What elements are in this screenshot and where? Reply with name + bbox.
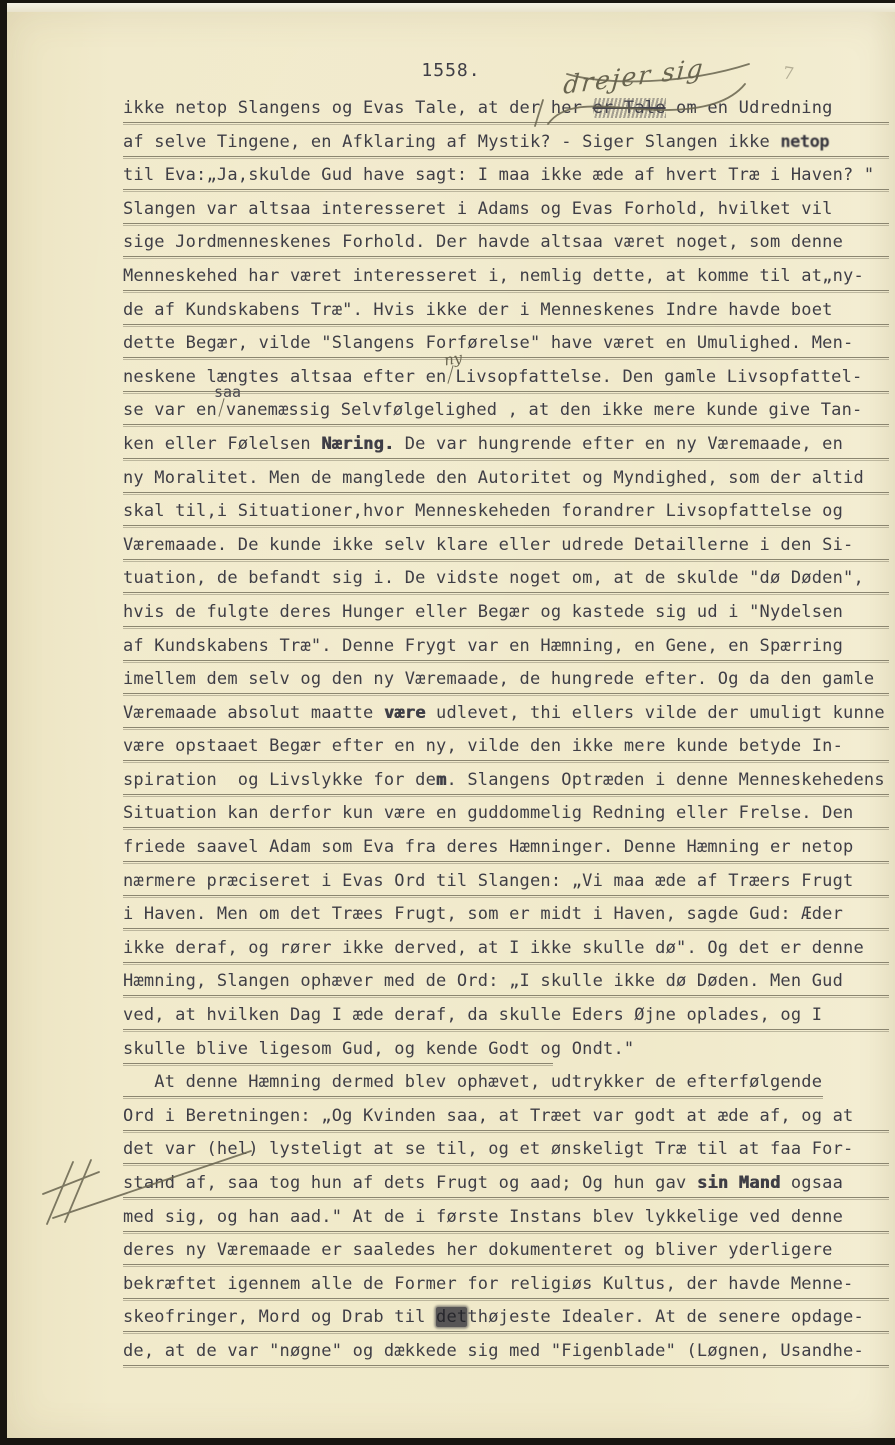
text-line-content: bekræftet igennem alle de Former for rel… [123, 1274, 853, 1294]
text-segment: stand af, saa tog hun af dets Frugt og a… [123, 1173, 697, 1193]
text-segment: i Haven. Men om det Træes Frugt, som er … [123, 904, 843, 924]
text-segment: neskene længtes altsaa efter en [123, 367, 446, 387]
text-line-content: spiration og Livslykke for dem. Slangens… [123, 770, 885, 790]
text-line: ken eller Følelsen Næring. De var hungre… [123, 432, 893, 466]
text-line: af selve Tingene, en Afklaring af Mystik… [123, 130, 893, 164]
text-line-content: Væremaade absolut maatte være udlevet, t… [123, 703, 885, 723]
text-segment: At denne Hæmning dermed blev ophævet, ud… [123, 1072, 822, 1092]
text-segment: De var hungrende efter en ny Væremaade, … [394, 434, 843, 454]
text-line-content: skulle blive ligesom Gud, og kende Godt … [123, 1039, 634, 1059]
text-line-content: Menneskehed har været interesseret i, ne… [123, 266, 864, 286]
text-line: friede saavel Adam som Eva fra deres Hæm… [123, 835, 893, 869]
text-segment: Væremaade absolut maatte [123, 703, 384, 723]
text-line: spiration og Livslykke for dem. Slangens… [123, 768, 893, 802]
text-line: sige Jordmenneskenes Forhold. Der havde … [123, 230, 893, 264]
typed-underline-rule [123, 727, 889, 731]
typed-underline-rule [123, 189, 889, 193]
text-line-content: være opstaaet Begær efter en ny, vilde d… [123, 736, 843, 756]
text-segment: Ord i Beretningen: „Og Kvinden saa, at T… [123, 1106, 853, 1126]
text-segment: af selve Tingene, en Afklaring af Mystik… [123, 132, 780, 152]
text-segment: Menneskehed har været interesseret i, ne… [123, 266, 864, 286]
text-line: At denne Hæmning dermed blev ophævet, ud… [123, 1070, 893, 1104]
text-segment: hvis de fulgte deres Hunger eller Begær … [123, 602, 843, 622]
typed-underline-rule [123, 1231, 889, 1235]
text-line: Væremaade absolut maatte være udlevet, t… [123, 701, 893, 735]
text-segment: deres ny Væremaade er saaledes her dokum… [123, 1240, 833, 1260]
text-segment: skeofringer, Mord og Drab til [123, 1307, 436, 1327]
text-line: ikke netop Slangens og Evas Tale, at der… [123, 96, 893, 130]
typed-underline-rule [123, 256, 889, 260]
text-segment: . Slangens Optræden i denne Menneskehede… [446, 770, 884, 790]
text-segment: se var en [123, 400, 217, 420]
text-line-content: med sig, og han aad." At de i første Ins… [123, 1207, 843, 1227]
text-line: skal til,i Situationer,hvor Menneskehede… [123, 499, 893, 533]
typed-underline-rule [123, 458, 889, 462]
text-segment: ikke netop Slangens og Evas Tale, at der… [123, 98, 593, 118]
text-segment: af Kundskabens Træ". Denne Frygt var en … [123, 636, 843, 656]
typewritten-page: 1558. ikke netop Slangens og Evas Tale, … [7, 12, 895, 1438]
text-line-content: til Eva:„Ja,skulde Gud have sagt: I maa … [123, 165, 874, 185]
typed-underline-rule [123, 794, 889, 798]
text-line-content: det var (hel) lysteligt at se til, og et… [123, 1139, 853, 1159]
text-segment: de af Kundskabens Træ". Hvis ikke der i … [123, 300, 833, 320]
text-line: Situation kan derfor kun være en guddomm… [123, 801, 893, 835]
text-segment: med sig, og han aad." At de i første Ins… [123, 1207, 843, 1227]
text-line: af Kundskabens Træ". Denne Frygt var en … [123, 634, 893, 668]
text-segment: thøjeste Idealer. At de senere opdage- [467, 1307, 864, 1327]
text-segment: Livsopfattelse. Den gamle Livsopfattel- [455, 367, 862, 387]
text-segment-ot: Næring. [321, 434, 394, 454]
text-line: det var (hel) lysteligt at se til, og et… [123, 1137, 893, 1171]
typed-underline-rule [123, 592, 889, 596]
typed-underline-rule [123, 895, 889, 899]
typed-underline-rule [123, 861, 889, 865]
typed-underline-rule [123, 928, 889, 932]
text-segment-smudge: netop [780, 132, 829, 152]
typed-underline-rule [123, 827, 889, 831]
typed-underline-rule [123, 1365, 889, 1369]
typed-underline-rule [123, 290, 889, 294]
insertion-caret-mark [217, 401, 226, 415]
typed-underline-rule [123, 357, 889, 361]
text-segment: Væremaade. De kunde ikke selv klare elle… [123, 535, 853, 555]
text-line-content: ikke netop Slangens og Evas Tale, at der… [123, 98, 833, 118]
typed-underline-rule [123, 626, 889, 630]
text-line: imellem dem selv og den ny Væremaade, de… [123, 667, 893, 701]
text-line: de af Kundskabens Træ". Hvis ikke der i … [123, 298, 893, 332]
typed-underline-rule [123, 1163, 889, 1167]
text-line-content: se var envanemæssig Selvfølgelighed , at… [123, 400, 862, 420]
text-segment-blot: det [436, 1307, 467, 1327]
insertion-caret-mark [446, 368, 455, 382]
text-segment: de, at de var "nøgne" og dækkede sig med… [123, 1341, 864, 1361]
text-line: Væremaade. De kunde ikke selv klare elle… [123, 533, 893, 567]
text-segment: Situation kan derfor kun være en guddomm… [123, 803, 853, 823]
text-line: deres ny Væremaade er saaledes her dokum… [123, 1238, 893, 1272]
text-segment: skulle blive ligesom Gud, og kende Godt … [123, 1039, 634, 1059]
text-line-content: Slangen var altsaa interesseret i Adams … [123, 199, 833, 219]
text-line-content: Situation kan derfor kun være en guddomm… [123, 803, 853, 823]
text-segment: bekræftet igennem alle de Former for rel… [123, 1274, 853, 1294]
typed-underline-rule [123, 1063, 553, 1067]
text-line-content: dette Begær, vilde "Slangens Forførelse"… [123, 333, 853, 353]
text-line: Menneskehed har været interesseret i, ne… [123, 264, 893, 298]
text-segment-ot: være [384, 703, 426, 723]
text-segment: vanemæssig Selvfølgelighed , at den ikke… [226, 400, 863, 420]
text-segment-strikex: er Tale [593, 98, 666, 118]
text-segment: dette Begær, vilde "Slangens Forførelse"… [123, 333, 853, 353]
text-line-content: deres ny Væremaade er saaledes her dokum… [123, 1240, 833, 1260]
text-line-content: sige Jordmenneskenes Forhold. Der havde … [123, 232, 843, 252]
typed-underline-rule [123, 962, 889, 966]
text-segment: ikke deraf, og rører ikke derved, at I i… [123, 938, 864, 958]
text-line-content: ved, at hvilken Dag I æde deraf, da skul… [123, 1005, 822, 1025]
typed-underline-rule [123, 1130, 889, 1134]
text-line-content: ny Moralitet. Men de manglede den Autori… [123, 468, 864, 488]
text-segment: Hæmning, Slangen ophæver med de Ord: „I … [123, 971, 843, 991]
typed-underline-rule [123, 559, 889, 563]
typed-underline-rule [123, 760, 889, 764]
typed-underline-rule [123, 1096, 823, 1100]
text-line: ved, at hvilken Dag I æde deraf, da skul… [123, 1003, 893, 1037]
text-line-content: hvis de fulgte deres Hunger eller Begær … [123, 602, 843, 622]
text-segment: ogsaa [780, 1173, 843, 1193]
text-line-content: tuation, de befandt sig i. De vidste nog… [123, 568, 864, 588]
typed-insertion-saa: saa [214, 383, 241, 401]
typed-underline-rule [123, 1264, 889, 1268]
text-line-content: skal til,i Situationer,hvor Menneskehede… [123, 501, 843, 521]
text-line-content: ken eller Følelsen Næring. De var hungre… [123, 434, 843, 454]
text-line: til Eva:„Ja,skulde Gud have sagt: I maa … [123, 163, 893, 197]
text-segment: ken eller Følelsen [123, 434, 321, 454]
typed-underline-rule [123, 1331, 889, 1335]
typed-text-block: ikke netop Slangens og Evas Tale, at der… [123, 96, 893, 1373]
text-segment: ved, at hvilken Dag I æde deraf, da skul… [123, 1005, 822, 1025]
text-line-content: Ord i Beretningen: „Og Kvinden saa, at T… [123, 1106, 853, 1126]
text-segment: spiration og Livslykke for de [123, 770, 436, 790]
text-line: skulle blive ligesom Gud, og kende Godt … [123, 1037, 893, 1071]
text-line-content: af selve Tingene, en Afklaring af Mystik… [123, 132, 829, 152]
typed-underline-rule [123, 995, 889, 999]
text-segment: det var (hel) lysteligt at se til, og et… [123, 1139, 853, 1159]
text-line: Hæmning, Slangen ophæver med de Ord: „I … [123, 969, 893, 1003]
typed-underline-rule [123, 660, 889, 664]
typed-underline-rule [123, 1197, 889, 1201]
text-line: de, at de var "nøgne" og dækkede sig med… [123, 1339, 893, 1373]
text-line: nærmere præciseret i Evas Ord til Slange… [123, 869, 893, 903]
text-segment: udlevet, thi ellers vilde der umuligt ku… [426, 703, 885, 723]
text-line: i Haven. Men om det Træes Frugt, som er … [123, 902, 893, 936]
text-line-content: At denne Hæmning dermed blev ophævet, ud… [123, 1072, 822, 1092]
text-line: bekræftet igennem alle de Former for rel… [123, 1272, 893, 1306]
text-line-content: stand af, saa tog hun af dets Frugt og a… [123, 1173, 843, 1193]
text-line-content: imellem dem selv og den ny Væremaade, de… [123, 669, 874, 689]
text-segment: tuation, de befandt sig i. De vidste nog… [123, 568, 864, 588]
text-line-content: i Haven. Men om det Træes Frugt, som er … [123, 904, 843, 924]
text-line-content: friede saavel Adam som Eva fra deres Hæm… [123, 837, 853, 857]
text-line: skeofringer, Mord og Drab til detthøjest… [123, 1305, 893, 1339]
faint-corner-mark: 7 [782, 63, 796, 84]
typed-underline-rule [123, 223, 889, 227]
margin-hash-stroke-3 [43, 1172, 99, 1194]
margin-hash-stroke-1 [47, 1162, 73, 1224]
text-segment-ot: m [436, 770, 446, 790]
text-line-content: nærmere præciseret i Evas Ord til Slange… [123, 871, 853, 891]
text-segment-ot: sin Mand [697, 1173, 780, 1193]
text-line-content: af Kundskabens Træ". Denne Frygt var en … [123, 636, 843, 656]
text-segment: være opstaaet Begær efter en ny, vilde d… [123, 736, 843, 756]
text-segment: Slangen var altsaa interesseret i Adams … [123, 199, 833, 219]
text-line: med sig, og han aad." At de i første Ins… [123, 1205, 893, 1239]
text-line: dette Begær, vilde "Slangens Forførelse"… [123, 331, 893, 365]
text-segment: om en Udredning [666, 98, 833, 118]
text-line-content: Væremaade. De kunde ikke selv klare elle… [123, 535, 853, 555]
typed-underline-rule [123, 492, 889, 496]
text-segment: ny Moralitet. Men de manglede den Autori… [123, 468, 864, 488]
typed-underline-rule [123, 122, 889, 126]
handwritten-insertion-ny: ny [443, 349, 464, 370]
text-line-content: de af Kundskabens Træ". Hvis ikke der i … [123, 300, 833, 320]
text-segment: sige Jordmenneskenes Forhold. Der havde … [123, 232, 843, 252]
text-line: stand af, saa tog hun af dets Frugt og a… [123, 1171, 893, 1205]
typed-underline-rule [123, 424, 889, 428]
text-line: ny Moralitet. Men de manglede den Autori… [123, 466, 893, 500]
text-segment: imellem dem selv og den ny Væremaade, de… [123, 669, 874, 689]
text-segment: nærmere præciseret i Evas Ord til Slange… [123, 871, 853, 891]
text-segment: til Eva:„Ja,skulde Gud have sagt: I maa … [123, 165, 874, 185]
typed-underline-rule [123, 1029, 889, 1033]
margin-hash-stroke-2 [65, 1160, 91, 1222]
text-line: se var envanemæssig Selvfølgelighed , at… [123, 398, 893, 432]
text-line: Ord i Beretningen: „Og Kvinden saa, at T… [123, 1104, 893, 1138]
typed-underline-rule [123, 324, 889, 328]
text-line-content: Hæmning, Slangen ophæver med de Ord: „I … [123, 971, 843, 991]
text-segment: friede saavel Adam som Eva fra deres Hæm… [123, 837, 853, 857]
text-line-content: ikke deraf, og rører ikke derved, at I i… [123, 938, 864, 958]
text-line: være opstaaet Begær efter en ny, vilde d… [123, 734, 893, 768]
typed-underline-rule [123, 156, 889, 160]
text-line: Slangen var altsaa interesseret i Adams … [123, 197, 893, 231]
document-scan: { "page": { "number": "1558.", "paper_co… [0, 0, 895, 1445]
text-line: hvis de fulgte deres Hunger eller Begær … [123, 600, 893, 634]
text-line-content: skeofringer, Mord og Drab til detthøjest… [123, 1307, 864, 1327]
typed-underline-rule [123, 525, 889, 529]
page-number: 1558. [7, 60, 895, 81]
text-line: ikke deraf, og rører ikke derved, at I i… [123, 936, 893, 970]
text-segment: skal til,i Situationer,hvor Menneskehede… [123, 501, 843, 521]
typed-underline-rule [123, 693, 889, 697]
text-line-content: de, at de var "nøgne" og dækkede sig med… [123, 1341, 864, 1361]
text-line: tuation, de befandt sig i. De vidste nog… [123, 566, 893, 600]
typed-underline-rule [123, 1298, 889, 1302]
